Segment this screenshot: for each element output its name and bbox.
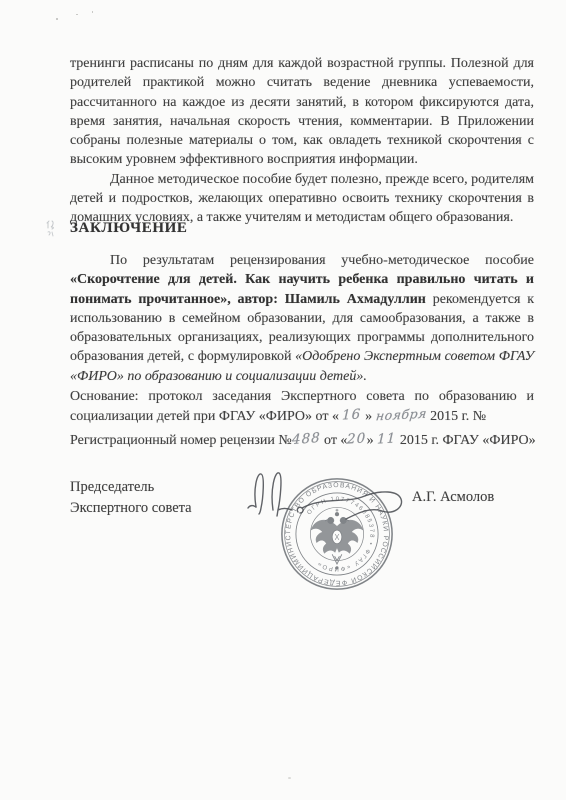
scan-speck: [76, 14, 78, 15]
conclusion-lead: По результатам рецензирования учебно-мет…: [110, 253, 534, 268]
conclusion-heading: ЗАКЛЮЧЕНИЕ: [70, 220, 187, 237]
scan-speck: [288, 777, 291, 779]
signer-name: А.Г. Асмолов: [412, 489, 494, 506]
registration-mid1: от «: [321, 433, 348, 448]
signer-position-line1: Председатель: [70, 477, 192, 498]
handwritten-day: 16: [342, 406, 362, 427]
signer-position: Председатель Экспертного совета: [70, 477, 192, 519]
registration-label: Регистрационный номер рецензии №: [70, 433, 292, 448]
paragraph-continuation: тренинги расписаны по дням для каждой во…: [70, 54, 534, 170]
handwritten-month: ноября: [375, 404, 428, 426]
scan-speck: [56, 18, 58, 20]
handwritten-reg-number: 488: [291, 429, 320, 450]
handwritten-reg-day: 20: [347, 429, 367, 450]
conclusion-paragraph: По результатам рецензирования учебно-мет…: [70, 251, 534, 386]
paragraph-audience: Данное методическое пособие будет полезн…: [70, 170, 534, 228]
body-text-block: тренинги расписаны по дням для каждой во…: [70, 54, 534, 228]
margin-scribble: [45, 219, 57, 239]
basis-paragraph: Основание: протокол заседания Экспертног…: [70, 387, 534, 427]
registration-line: Регистрационный номер рецензии №488 от «…: [70, 431, 550, 450]
registration-after: 2015 г. ФГАУ «ФИРО»: [396, 433, 535, 448]
scan-speck: [92, 11, 93, 13]
signer-position-line2: Экспертного совета: [70, 498, 192, 519]
basis-after: 2015 г. №: [427, 409, 487, 424]
handwritten-signature: [242, 461, 410, 529]
handwritten-reg-month: 11: [377, 429, 397, 450]
registration-mid2: »: [367, 433, 378, 448]
scanned-document-page: тренинги расписаны по дням для каждой во…: [0, 0, 566, 800]
basis-mid: »: [362, 409, 376, 424]
